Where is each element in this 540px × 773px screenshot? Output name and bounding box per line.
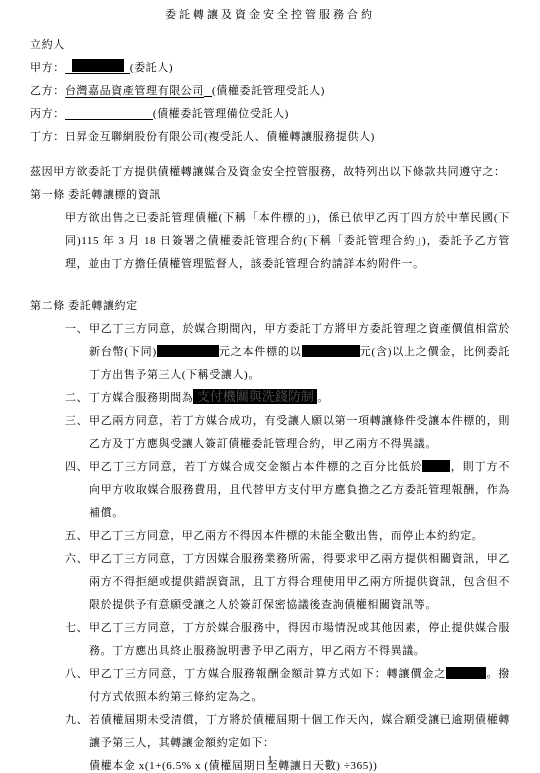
redaction-box <box>72 59 124 72</box>
item-text: 若債權屆期未受清償，丁方將於債權屆期十個工作天內，媒合願受讓已逾期債權轉讓予第三… <box>89 714 510 749</box>
party-c-line: 丙方：(債權委託管理備位受託人) <box>30 103 510 126</box>
item-text: 。 <box>317 392 329 404</box>
redaction-box <box>302 345 360 357</box>
item-text: 甲乙丁三方同意，丁方媒合服務報酬金額計算方式如下：轉讓價金之 <box>89 668 446 680</box>
party-b-name: 台灣嘉品資產管理有限公司 <box>65 85 204 98</box>
party-a-line: 甲方：(委託人) <box>30 57 510 80</box>
list-item-1: 一、 甲乙丁三方同意，於媒合期間內，甲方委託丁方將甲方委託管理之資產價值相當於新… <box>65 318 510 387</box>
party-b-role: (債權委託管理受託人) <box>212 85 325 97</box>
party-a-blank-underline <box>65 59 130 74</box>
party-d-line: 丁方：日昇金互聯網股份有限公司(複受託人、債權轉讓服務提供人) <box>30 126 510 149</box>
item-marker: 三、 <box>65 410 88 433</box>
parties-heading: 立約人 <box>30 34 510 57</box>
party-b-line: 乙方：台灣嘉品資產管理有限公司(債權委託管理受託人) <box>30 80 510 103</box>
party-a-label: 甲方： <box>30 62 65 74</box>
item-marker: 八、 <box>65 663 88 686</box>
item-text: 丁方媒合服務期間為 <box>89 392 193 404</box>
redaction-box <box>446 667 486 679</box>
redaction-box-with-watermark: 支付機關與洗錢防制 <box>193 389 317 404</box>
article1-body: 甲方欲出售之已委託管理債權(下稱「本件標的」)，係已依甲乙丙丁四方於中華民國(下… <box>30 207 510 276</box>
party-b-label: 乙方： <box>30 85 65 97</box>
article1-heading: 第一條 委託轉讓標的資訊 <box>30 184 510 207</box>
item-text: 甲乙兩方同意，若丁方媒合成功，有受讓人願以第一項轉讓條件受讓本件標的，則乙方及丁… <box>89 415 510 450</box>
party-c-label: 丙方： <box>30 108 65 120</box>
contract-page: 委託轉讓及資金安全控管服務合約 立約人 甲方：(委託人) 乙方：台灣嘉品資產管理… <box>0 0 540 773</box>
item-text: 元之本件標的以 <box>219 346 302 358</box>
list-item-4: 四、 甲乙丁三方同意，若丁方媒合成交金額占本件標的之百分比低於，則丁方不向甲方收… <box>65 456 510 525</box>
redaction-box <box>157 345 219 357</box>
page-title: 委託轉讓及資金安全控管服務合約 <box>0 0 540 23</box>
party-b-underline-tail <box>204 82 212 97</box>
item-text: 甲乙丁三方同意，甲乙兩方不得因本件標的未能全數出售，而停止本約約定。 <box>89 530 483 542</box>
party-d-label: 丁方： <box>30 131 65 143</box>
item-marker: 二、 <box>65 387 88 410</box>
item-marker: 九、 <box>65 709 88 732</box>
article2-heading: 第二條 委託轉讓約定 <box>30 295 510 318</box>
list-item-8: 八、 甲乙丁三方同意，丁方媒合服務報酬金額計算方式如下：轉讓價金之。撥付方式依照… <box>65 663 510 709</box>
redaction-box <box>422 460 450 472</box>
contract-body: 立約人 甲方：(委託人) 乙方：台灣嘉品資產管理有限公司(債權委託管理受託人) … <box>0 34 540 773</box>
item-text: 甲乙丁三方同意，丁方於媒合服務中，得因市場情況或其他因素，停止提供媒合服務。丁方… <box>89 622 510 657</box>
item-marker: 六、 <box>65 548 88 571</box>
item-marker: 五、 <box>65 525 88 548</box>
party-d-role: (複受託人、債權轉讓服務提供人) <box>204 131 375 143</box>
party-c-blank-underline <box>65 105 153 120</box>
page-number: 1 <box>0 755 540 766</box>
list-item-5: 五、 甲乙丁三方同意，甲乙兩方不得因本件標的未能全數出售，而停止本約約定。 <box>65 525 510 548</box>
item-marker: 四、 <box>65 456 88 479</box>
article2-items: 一、 甲乙丁三方同意，於媒合期間內，甲方委託丁方將甲方委託管理之資產價值相當於新… <box>30 318 510 773</box>
item-text: 甲乙丁三方同意，丁方因媒合服務業務所需，得要求甲乙兩方提供相關資訊，甲乙兩方不得… <box>89 553 510 611</box>
item-text: 甲乙丁三方同意，若丁方媒合成交金額占本件標的之百分比低於 <box>89 461 422 473</box>
party-d-name: 日昇金互聯網股份有限公司 <box>65 131 204 143</box>
list-item-7: 七、 甲乙丁三方同意，丁方於媒合服務中，得因市場情況或其他因素，停止提供媒合服務… <box>65 617 510 663</box>
list-item-2: 二、 丁方媒合服務期間為支付機關與洗錢防制。 <box>65 387 510 410</box>
list-item-6: 六、 甲乙丁三方同意，丁方因媒合服務業務所需，得要求甲乙兩方提供相關資訊，甲乙兩… <box>65 548 510 617</box>
item-marker: 七、 <box>65 617 88 640</box>
preamble: 茲因甲方欲委託丁方提供債權轉讓媒合及資金安全控管服務，故特列出以下條款共同遵守之… <box>30 161 510 184</box>
item-marker: 一、 <box>65 318 88 341</box>
list-item-3: 三、 甲乙兩方同意，若丁方媒合成功，有受讓人願以第一項轉讓條件受讓本件標的，則乙… <box>65 410 510 456</box>
party-c-role: (債權委託管理備位受託人) <box>153 108 289 120</box>
party-a-role: (委託人) <box>130 62 173 74</box>
